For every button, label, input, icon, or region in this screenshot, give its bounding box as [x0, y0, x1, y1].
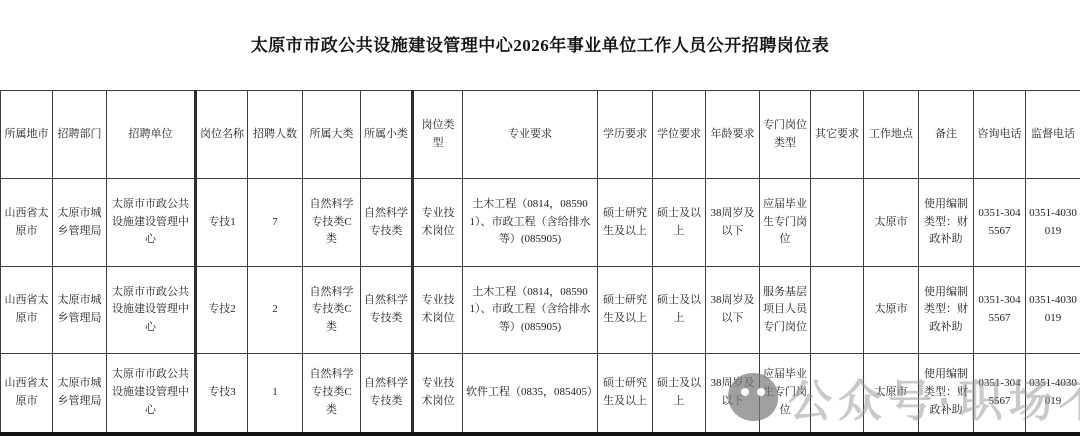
cell-position-type: 专业技术岗位	[413, 354, 463, 434]
cell-major-category: 自然科学专技类C类	[303, 354, 361, 434]
header-row: 所属地市 招聘部门 招聘单位 岗位名称 招聘人数 所属大类 所属小类 岗位类型 …	[1, 91, 1080, 179]
cell-major-category: 自然科学专技类C类	[303, 267, 361, 354]
cell-education-requirement: 硕士研究生及以上	[598, 354, 653, 434]
cell-other-requirement	[811, 267, 864, 354]
cell-major-requirement: 土木工程（0814，085901）、市政工程（含给排水等）(085905)	[463, 267, 598, 354]
cell-city: 山西省太原市	[1, 179, 53, 267]
cell-degree-requirement: 硕士及以上	[653, 354, 706, 434]
cell-unit: 太原市市政公共设施建设管理中心	[107, 354, 196, 434]
cell-position-type: 专业技术岗位	[413, 179, 463, 267]
cell-headcount: 1	[248, 354, 303, 434]
column-header-degree-requirement: 学位要求	[653, 91, 706, 179]
cell-other-requirement	[811, 179, 864, 267]
cell-headcount: 2	[248, 267, 303, 354]
column-header-major-category: 所属大类	[303, 91, 361, 179]
cell-consult-phone: 0351-3045567	[974, 267, 1026, 354]
column-header-minor-category: 所属小类	[361, 91, 413, 179]
page-title: 太原市市政公共设施建设管理中心2026年事业单位工作人员公开招聘岗位表	[0, 31, 1080, 56]
cell-age-requirement: 38周岁及以下	[706, 354, 760, 434]
cell-work-location: 太原市	[864, 267, 919, 354]
cell-special-position-type: 服务基层项目人员专门岗位	[760, 267, 811, 354]
cell-minor-category: 自然科学专技类	[361, 267, 413, 354]
cell-age-requirement: 38周岁及以下	[706, 179, 760, 267]
recruitment-table: 所属地市 招聘部门 招聘单位 岗位名称 招聘人数 所属大类 所属小类 岗位类型 …	[0, 90, 1080, 436]
column-header-city: 所属地市	[1, 91, 53, 179]
column-header-other-requirement: 其它要求	[811, 91, 864, 179]
cell-consult-phone: 0351-3045567	[974, 179, 1026, 267]
column-header-major-requirement: 专业要求	[463, 91, 598, 179]
cell-supervise-phone: 0351-4030019	[1026, 179, 1080, 267]
column-header-headcount: 招聘人数	[248, 91, 303, 179]
column-header-education-requirement: 学历要求	[598, 91, 653, 179]
table-row: 山西省太原市 太原市城乡管理局 太原市市政公共设施建设管理中心 专技2 2 自然…	[1, 267, 1080, 354]
cell-department: 太原市城乡管理局	[53, 179, 107, 267]
cell-city: 山西省太原市	[1, 354, 53, 434]
cell-position-name: 专技3	[196, 354, 248, 434]
cell-remarks: 使用编制类型：财政补助	[919, 179, 974, 267]
cell-special-position-type: 应届毕业生专门岗位	[760, 179, 811, 267]
cell-special-position-type: 应届毕业生专门岗位	[760, 354, 811, 434]
cell-unit: 太原市市政公共设施建设管理中心	[107, 179, 196, 267]
column-header-consult-phone: 咨询电话	[974, 91, 1026, 179]
cell-degree-requirement: 硕士及以上	[653, 267, 706, 354]
cell-position-type: 专业技术岗位	[413, 267, 463, 354]
cell-supervise-phone: 0351-4030019	[1026, 267, 1080, 354]
cell-work-location: 太原市	[864, 179, 919, 267]
cell-age-requirement: 38周岁及以下	[706, 267, 760, 354]
table-row: 山西省太原市 太原市城乡管理局 太原市市政公共设施建设管理中心 专技1 7 自然…	[1, 179, 1080, 267]
cell-education-requirement: 硕士研究生及以上	[598, 179, 653, 267]
column-header-supervise-phone: 监督电话	[1026, 91, 1080, 179]
cell-supervise-phone: 0351-4030019	[1026, 354, 1080, 434]
cell-major-category: 自然科学专技类C类	[303, 179, 361, 267]
cell-city: 山西省太原市	[1, 267, 53, 354]
cell-minor-category: 自然科学专技类	[361, 179, 413, 267]
cell-position-name: 专技1	[196, 179, 248, 267]
table-row: 山西省太原市 太原市城乡管理局 太原市市政公共设施建设管理中心 专技3 1 自然…	[1, 354, 1080, 434]
cell-education-requirement: 硕士研究生及以上	[598, 267, 653, 354]
cell-department: 太原市城乡管理局	[53, 267, 107, 354]
column-header-position-type: 岗位类型	[413, 91, 463, 179]
cell-consult-phone: 0351-3045567	[974, 354, 1026, 434]
cell-remarks: 使用编制类型：财政补助	[919, 354, 974, 434]
column-header-remarks: 备注	[919, 91, 974, 179]
cell-position-name: 专技2	[196, 267, 248, 354]
column-header-work-location: 工作地点	[864, 91, 919, 179]
cell-major-requirement: 土木工程（0814，085901）、市政工程（含给排水等）(085905)	[463, 179, 598, 267]
cell-major-requirement: 软件工程（0835，085405）	[463, 354, 598, 434]
cell-work-location: 太原市	[864, 354, 919, 434]
cell-minor-category: 自然科学专技类	[361, 354, 413, 434]
cell-department: 太原市城乡管理局	[53, 354, 107, 434]
column-header-unit: 招聘单位	[107, 91, 196, 179]
cell-remarks: 使用编制类型：财政补助	[919, 267, 974, 354]
column-header-age-requirement: 年龄要求	[706, 91, 760, 179]
column-header-department: 招聘部门	[53, 91, 107, 179]
column-header-position-name: 岗位名称	[196, 91, 248, 179]
cell-unit: 太原市市政公共设施建设管理中心	[107, 267, 196, 354]
cell-headcount: 7	[248, 179, 303, 267]
cell-degree-requirement: 硕士及以上	[653, 179, 706, 267]
column-header-special-position-type: 专门岗位类型	[760, 91, 811, 179]
cell-other-requirement	[811, 354, 864, 434]
